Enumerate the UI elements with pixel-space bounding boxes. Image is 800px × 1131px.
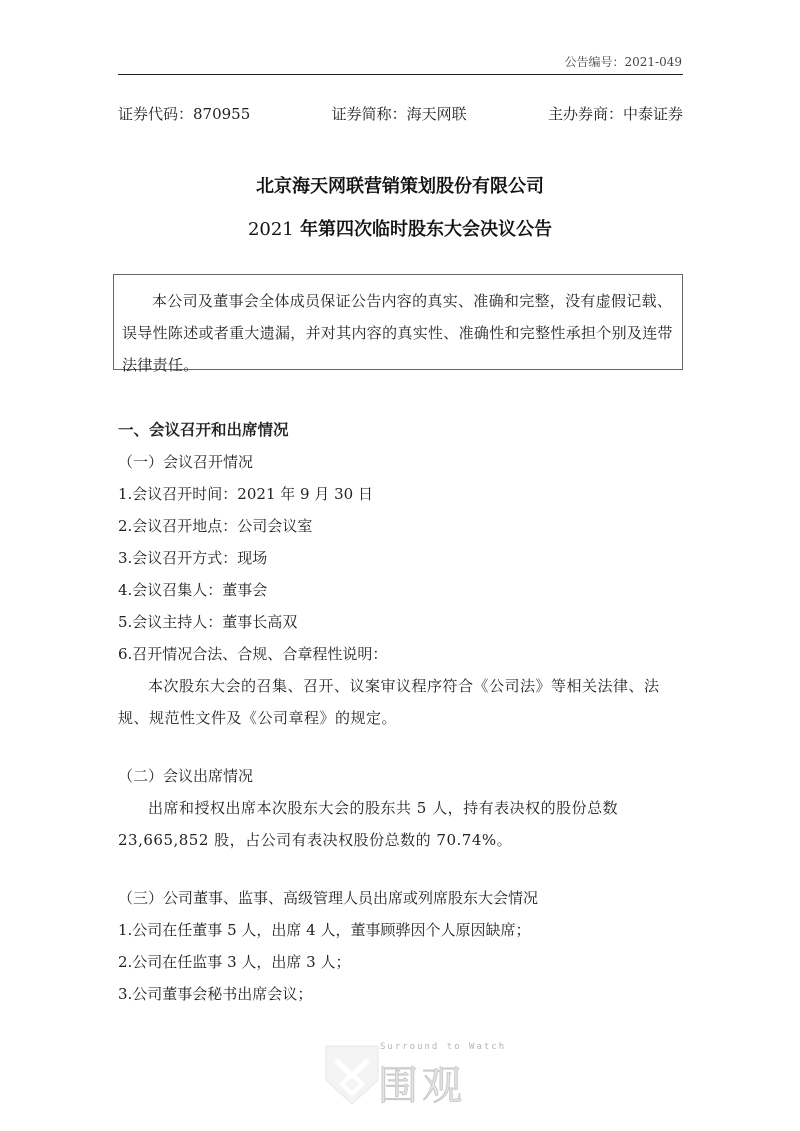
document-title: 2021 年第四次临时股东大会决议公告 (0, 215, 800, 241)
security-code: 证券代码：870955 (118, 103, 250, 124)
list-item: 3.公司董事会秘书出席会议； (118, 978, 688, 1010)
watermark-text-cn: 围观 (378, 1054, 466, 1111)
document-title-text: 年第四次临时股东大会决议公告 (294, 219, 552, 240)
document-title-year: 2021 (248, 219, 294, 240)
sponsor-broker: 主办券商：中泰证券 (548, 103, 683, 124)
subsection-heading-attendance: （二）会议出席情况 (118, 760, 688, 792)
list-item: 2.公司在任监事 3 人，出席 3 人； (118, 946, 688, 978)
section-meeting-convening: 一、会议召开和出席情况 （一）会议召开情况 1.会议召开时间：2021 年 9 … (118, 414, 688, 734)
subsection-heading-directors: （三）公司董事、监事、高级管理人员出席或列席股东大会情况 (118, 882, 688, 914)
list-item: 4.会议召集人：董事会 (118, 574, 688, 606)
header-divider (118, 74, 683, 75)
list-item: 3.会议召开方式：现场 (118, 542, 688, 574)
list-item: 6.召开情况合法、合规、合章程性说明： (118, 638, 688, 670)
section-heading: 一、会议召开和出席情况 (118, 414, 688, 446)
section-directors-attendance: （三）公司董事、监事、高级管理人员出席或列席股东大会情况 1.公司在任董事 5 … (118, 882, 688, 1010)
security-info-row: 证券代码：870955 证券简称：海天网联 主办券商：中泰证券 (118, 103, 683, 124)
section-attendance: （二）会议出席情况 出席和授权出席本次股东大会的股东共 5 人，持有表决权的股份… (118, 760, 688, 856)
list-item: 2.会议召开地点：公司会议室 (118, 510, 688, 542)
security-abbreviation: 证券简称：海天网联 (332, 103, 467, 124)
legality-paragraph-line: 本次股东大会的召集、召开、议案审议程序符合《公司法》等相关法律、法 (118, 670, 688, 702)
list-item: 1.公司在任董事 5 人，出席 4 人，董事顾骅因个人原因缺席； (118, 914, 688, 946)
attendance-paragraph-line: 出席和授权出席本次股东大会的股东共 5 人，持有表决权的股份总数 (118, 792, 688, 824)
subsection-heading-convening: （一）会议召开情况 (118, 446, 688, 478)
watermark-text-en: Surround to Watch (380, 1042, 506, 1052)
list-item: 5.会议主持人：董事长高双 (118, 606, 688, 638)
document-page: 公告编号：2021-049 证券代码：870955 证券简称：海天网联 主办券商… (0, 0, 800, 1131)
attendance-paragraph-line: 23,665,852 股，占公司有表决权股份总数的 70.74%。 (118, 824, 688, 856)
list-item: 1.会议召开时间：2021 年 9 月 30 日 (118, 478, 688, 510)
disclaimer-box: 本公司及董事会全体成员保证公告内容的真实、准确和完整，没有虚假记载、误导性陈述或… (113, 274, 683, 370)
legality-paragraph-line: 规、规范性文件及《公司章程》的规定。 (118, 702, 688, 734)
company-name-title: 北京海天网联营销策划股份有限公司 (0, 172, 800, 198)
announcement-number: 公告编号：2021-049 (565, 53, 683, 70)
